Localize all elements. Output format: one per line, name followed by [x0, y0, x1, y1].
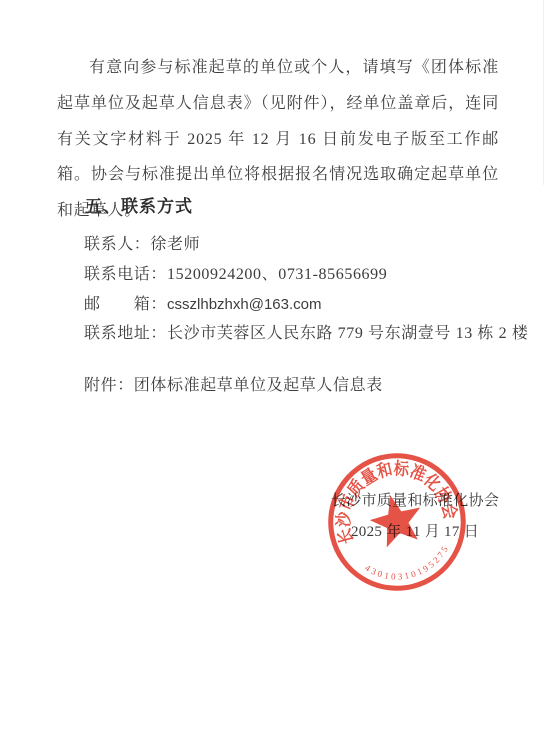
contact-value: 徐老师	[150, 236, 200, 253]
contact-label: 联系地址：	[84, 325, 167, 342]
section-heading: 五、联系方式	[85, 192, 193, 217]
contact-info-block: 联系人：徐老师 联系电话：15200924200、0731-85656699 邮…	[84, 230, 514, 349]
contact-row-email: 邮 箱：csszlhbzhxh@163.com	[84, 290, 514, 320]
contact-value: 15200924200、0731-85656699	[167, 266, 387, 283]
contact-label: 联系电话：	[84, 266, 167, 283]
contact-value: 长沙市芙蓉区人民东路 779 号东湖壹号 13 栋 2 楼	[167, 325, 528, 342]
attachment-note: 附件：团体标准起草单位及起草人信息表	[84, 371, 383, 401]
contact-row-person: 联系人：徐老师	[84, 230, 514, 260]
contact-row-address: 联系地址：长沙市芙蓉区人民东路 779 号东湖壹号 13 栋 2 楼	[84, 319, 514, 349]
contact-label: 邮 箱：	[84, 296, 167, 313]
scan-edge-artifact	[543, 0, 544, 185]
seal-star-icon	[365, 489, 427, 550]
official-seal-stamp: 长沙市质量和标准化协会 43010310195275	[325, 450, 469, 594]
contact-label: 联系人：	[84, 236, 150, 253]
contact-row-phone: 联系电话：15200924200、0731-85656699	[84, 260, 514, 290]
document-page: 有意向参与标准起草的单位或个人，请填写《团体标准起草单位及起草人信息表》（见附件…	[0, 0, 554, 756]
contact-value: csszlhbzhxh@163.com	[167, 296, 321, 313]
